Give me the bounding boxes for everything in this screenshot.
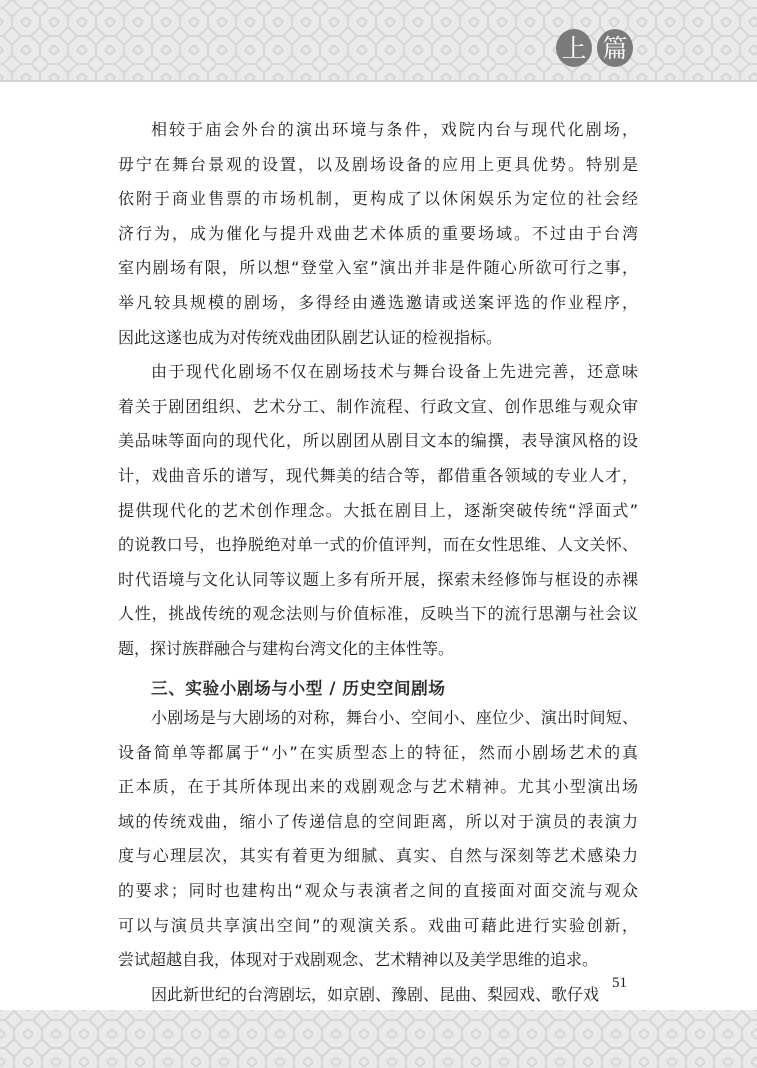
section-badge-second: 篇 (597, 29, 633, 67)
text-line: 着关于剧团组织、艺术分工、制作流程、行政文宣、创作思维与观众审 (118, 394, 638, 429)
text-line: 依附于商业售票的市场机制，更构成了以休闲娱乐为定位的社会经 (118, 186, 638, 221)
text-line: 相较于庙会外台的演出环境与条件，戏院内台与现代化剧场， (118, 117, 638, 152)
section-heading: 三、实验小剧场与小型 / 历史空间剧场 (118, 671, 638, 706)
text-line: 由于现代化剧场不仅在剧场技术与舞台设备上先进完善，还意味 (118, 359, 638, 394)
text-line: 因此这遂也成为对传统戏曲团队剧艺认证的检视指标。 (118, 325, 638, 360)
lattice-pattern (0, 1010, 757, 1068)
section-badge-first: 上 (556, 29, 592, 67)
text-line: 度与心理层次，其实有着更为细腻、真实、自然与深刻等艺术感染力 (118, 843, 638, 878)
footer-pattern-band (0, 1010, 757, 1068)
page-body: 相较于庙会外台的演出环境与条件，戏院内台与现代化剧场， 毋宁在舞台景观的设置，以… (118, 117, 638, 1016)
text-line: 小剧场是与大剧场的对称，舞台小、空间小、座位少、演出时间短、 (118, 705, 638, 740)
text-line: 尝试超越自我，体现对于戏剧观念、艺术精神以及美学思维的追求。 (118, 947, 638, 982)
text-line: 提供现代化的艺术创作理念。大抵在剧目上，逐渐突破传统“浮面式” (118, 498, 638, 533)
text-line: 时代语境与文化认同等议题上多有所开展，探索未经修饰与框设的赤裸 (118, 567, 638, 602)
text-line: 设备简单等都属于“小”在实质型态上的特征，然而小剧场艺术的真 (118, 740, 638, 775)
lattice-pattern (0, 0, 757, 80)
paragraph-3: 小剧场是与大剧场的对称，舞台小、空间小、座位少、演出时间短、 设备简单等都属于“… (118, 705, 638, 982)
text-line: 可以与演员共享演出空间”的观演关系。戏曲可藉此进行实验创新， (118, 913, 638, 948)
text-line: 的说教口号，也挣脱绝对单一式的价值评判，而在女性思维、人文关怀、 (118, 532, 638, 567)
text-line: 济行为，成为催化与提升戏曲艺术体质的重要场域。不过由于台湾 (118, 221, 638, 256)
section-badges: 上 篇 (556, 29, 633, 67)
text-line: 人性，挑战传统的观念法则与价值标准，反映当下的流行思潮与社会议 (118, 601, 638, 636)
text-line: 域的传统戏曲，缩小了传递信息的空间距离，所以对于演员的表演力 (118, 809, 638, 844)
paragraph-2: 由于现代化剧场不仅在剧场技术与舞台设备上先进完善，还意味 着关于剧团组织、艺术分… (118, 359, 638, 670)
header-pattern-band (0, 0, 757, 82)
text-line: 举凡较具规模的剧场，多得经由遴选邀请或送案评选的作业程序， (118, 290, 638, 325)
page-number: 51 (612, 975, 627, 992)
paragraph-1: 相较于庙会外台的演出环境与条件，戏院内台与现代化剧场， 毋宁在舞台景观的设置，以… (118, 117, 638, 359)
text-line: 正本质，在于其所体现出来的戏剧观念与艺术精神。尤其小型演出场 (118, 774, 638, 809)
text-line: 毋宁在舞台景观的设置，以及剧场设备的应用上更具优势。特别是 (118, 152, 638, 187)
text-line: 室内剧场有限，所以想“登堂入室”演出并非是件随心所欲可行之事， (118, 255, 638, 290)
text-line: 美品味等面向的现代化，所以剧团从剧目文本的编撰，表导演风格的设 (118, 428, 638, 463)
text-line: 的要求；同时也建构出“观众与表演者之间的直接面对面交流与观众 (118, 878, 638, 913)
text-line: 计，戏曲音乐的谱写，现代舞美的结合等，都借重各领域的专业人才， (118, 463, 638, 498)
text-line: 题，探讨族群融合与建构台湾文化的主体性等。 (118, 636, 638, 671)
